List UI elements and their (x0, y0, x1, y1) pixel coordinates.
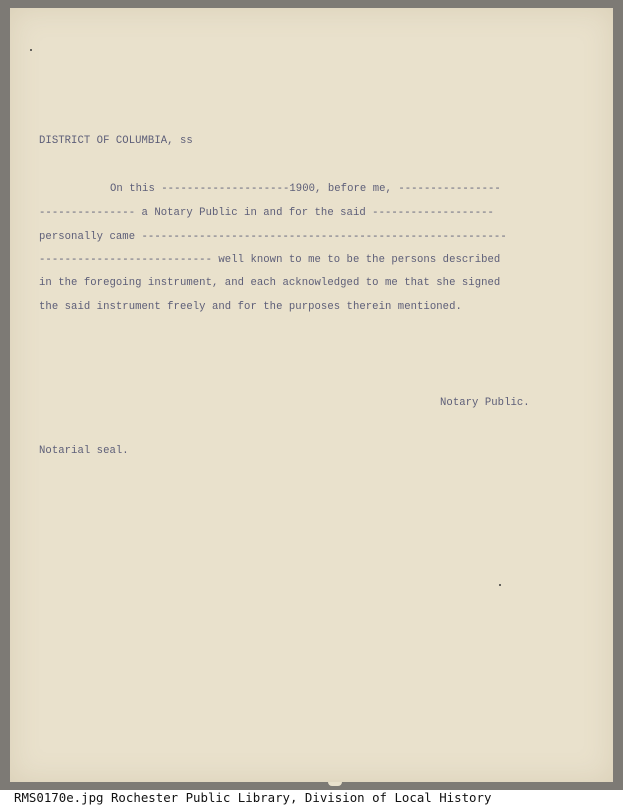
paper-notch (328, 782, 342, 786)
paper-speck (30, 49, 32, 51)
notarial-seal-label: Notarial seal. (39, 446, 129, 457)
body-line-3: personally came ------------------------… (39, 232, 507, 243)
jurisdiction-header: DISTRICT OF COLUMBIA, ss (39, 136, 193, 147)
body-line-4: --------------------------- well known t… (39, 255, 500, 266)
body-line-1: On this --------------------1900, before… (110, 184, 501, 195)
body-line-5: in the foregoing instrument, and each ac… (39, 278, 500, 289)
paper-speck (499, 584, 501, 586)
notary-public-signature-label: Notary Public. (440, 398, 530, 409)
image-caption: RMS0170e.jpg Rochester Public Library, D… (14, 792, 491, 804)
document-page (10, 8, 613, 782)
body-line-2: --------------- a Notary Public in and f… (39, 208, 494, 219)
body-line-6: the said instrument freely and for the p… (39, 302, 462, 313)
